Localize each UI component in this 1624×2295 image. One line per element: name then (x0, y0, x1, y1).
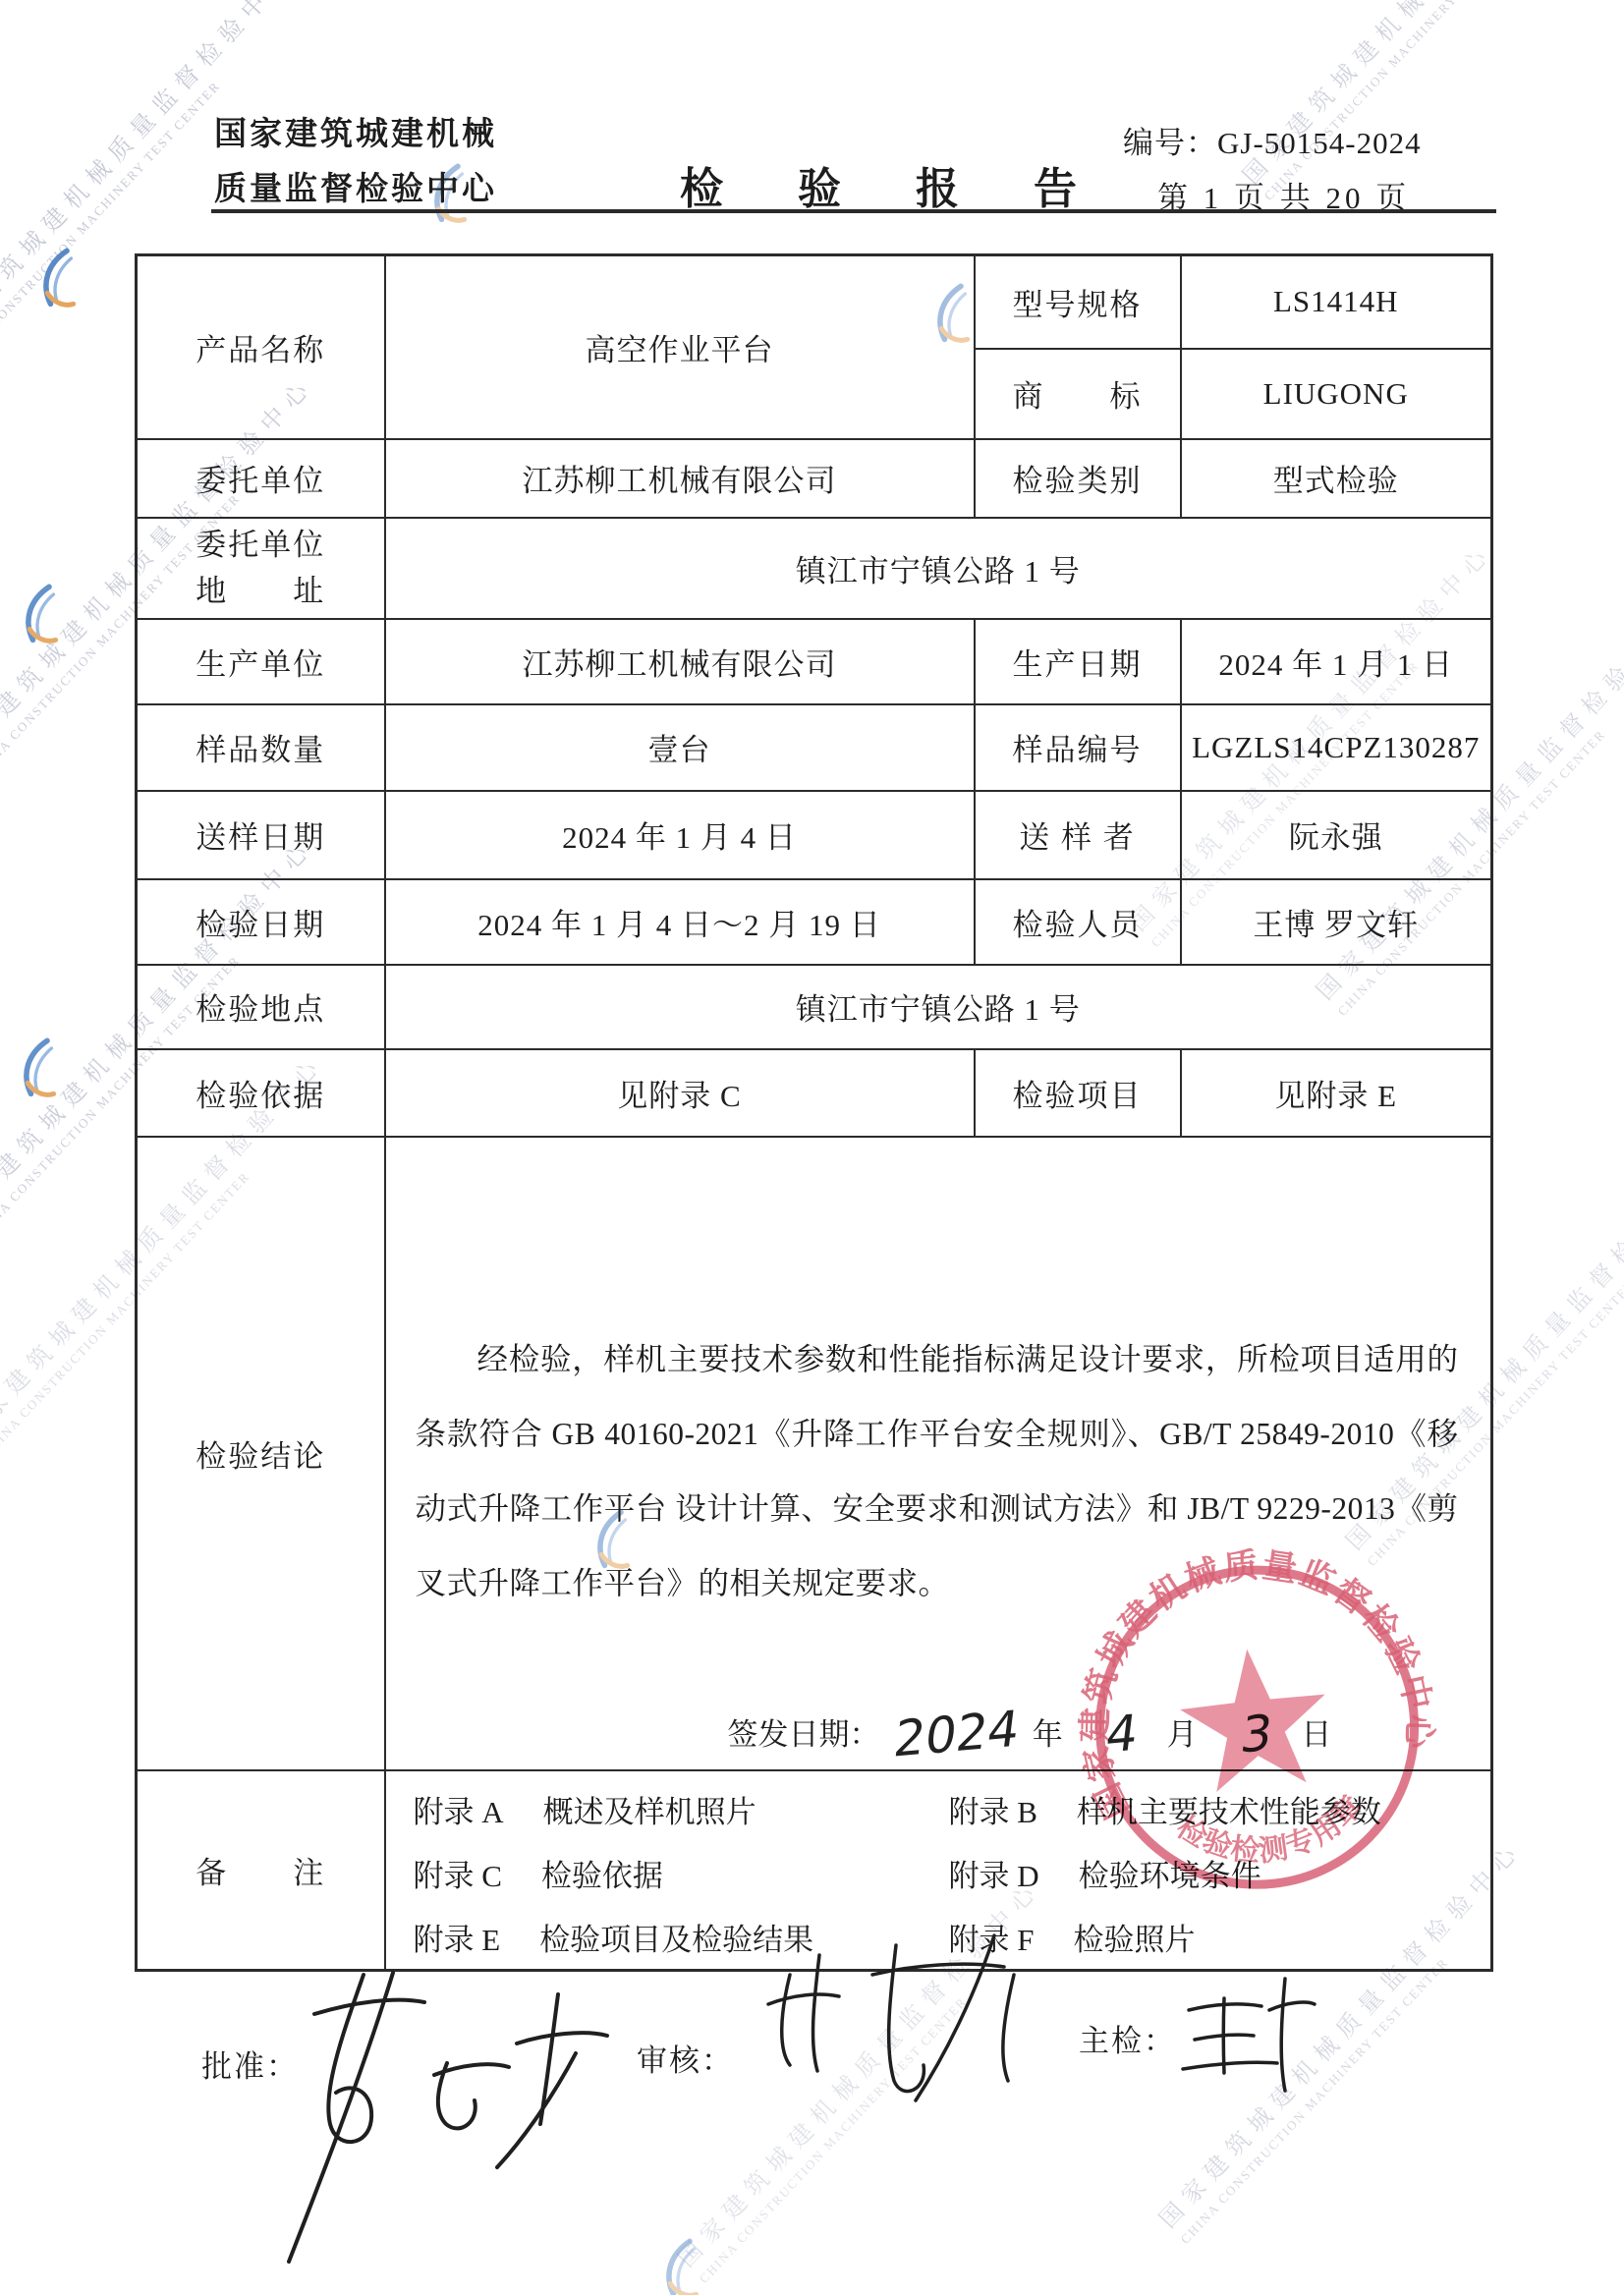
sign-date-label: 签发日期： (728, 1717, 880, 1752)
table-row: 检验依据 见附录 C 检验项目 见附录 E (137, 1049, 1492, 1137)
approver-signature (246, 1937, 639, 2281)
report-number-label: 编号： (1123, 126, 1217, 160)
center-logo-icon (33, 248, 79, 310)
list-item: 附录 C检验依据 (414, 1851, 949, 1895)
production-date-label: 生产日期 (975, 619, 1181, 704)
items-value: 见附录 E (1181, 1049, 1492, 1137)
sample-no-value: LGZLS14CPZ130287 (1181, 704, 1492, 791)
inspectors-label: 检验人员 (975, 879, 1181, 965)
list-item: 附录 A概述及样机照片 (414, 1787, 949, 1831)
inspection-date-value: 2024 年 1 月 4 日～2 月 19 日 (385, 879, 975, 965)
product-name-label: 产品名称 (137, 255, 385, 439)
table-row: 产品名称 高空作业平台 型号规格 LS1414H (137, 255, 1492, 349)
conclusion-label: 检验结论 (137, 1137, 385, 1770)
production-date-value: 2024 年 1 月 1 日 (1181, 619, 1492, 704)
manufacturer-label: 生产单位 (137, 619, 385, 704)
client-value: 江苏柳工机械有限公司 (385, 439, 975, 518)
model-value: LS1414H (1181, 255, 1492, 349)
chief-inspector-signature (1171, 1967, 1318, 2095)
basis-value: 见附录 C (385, 1049, 975, 1137)
official-red-stamp: 国家建筑城建机械质量监督检验中心 检验检测专用章 (1058, 1531, 1460, 1932)
inspectors-value: 王博 罗文轩 (1181, 879, 1492, 965)
location-label: 检验地点 (137, 965, 385, 1049)
trademark-value: LIUGONG (1181, 349, 1492, 439)
client-address-value: 镇江市宁镇公路 1 号 (385, 518, 1492, 619)
page-title: 检 验 报 告 (680, 153, 1092, 216)
reviewer-signature (747, 1918, 1041, 2104)
sample-no-label: 样品编号 (975, 704, 1181, 791)
trademark-label: 商 标 (975, 349, 1181, 439)
table-row: 委托单位 地 址 镇江市宁镇公路 1 号 (137, 518, 1492, 619)
table-row: 检验地点 镇江市宁镇公路 1 号 (137, 965, 1492, 1049)
client-address-label: 委托单位 地 址 (137, 518, 385, 619)
sign-year-handwritten: 2024 (890, 1700, 1022, 1768)
table-row: 生产单位 江苏柳工机械有限公司 生产日期 2024 年 1 月 1 日 (137, 619, 1492, 704)
delivery-date-label: 送样日期 (137, 791, 385, 879)
items-label: 检验项目 (975, 1049, 1181, 1137)
org-name-line2: 质量监督检验中心 (214, 163, 497, 209)
chief-label: 主检： (1079, 2016, 1176, 2060)
report-number-value: GJ-50154-2024 (1217, 126, 1422, 160)
inspection-type-label: 检验类别 (975, 439, 1181, 518)
deliverer-value: 阮永强 (1181, 791, 1492, 879)
scanned-inspection-report-page: 国家建筑城建机械质量监督检验中心 CHINA CONSTRUCTION MACH… (0, 0, 1624, 2295)
table-row: 检验日期 2024 年 1 月 4 日～2 月 19 日 检验人员 王博 罗文轩 (137, 879, 1492, 965)
center-logo-icon (656, 2238, 701, 2295)
deliverer-label: 送 样 者 (975, 791, 1181, 879)
inspection-date-label: 检验日期 (137, 879, 385, 965)
inspection-type-value: 型式检验 (1181, 439, 1492, 518)
basis-label: 检验依据 (137, 1049, 385, 1137)
table-row: 样品数量 壹台 样品编号 LGZLS14CPZ130287 (137, 704, 1492, 791)
sample-qty-value: 壹台 (385, 704, 975, 791)
header-rule (211, 209, 1496, 213)
sample-qty-label: 样品数量 (137, 704, 385, 791)
table-row: 委托单位 江苏柳工机械有限公司 检验类别 型式检验 (137, 439, 1492, 518)
client-label: 委托单位 (137, 439, 385, 518)
report-number: 编号：GJ-50154-2024 (1123, 118, 1422, 162)
delivery-date-value: 2024 年 1 月 4 日 (385, 791, 975, 879)
center-logo-icon (14, 1037, 59, 1100)
table-row: 送样日期 2024 年 1 月 4 日 送 样 者 阮永强 (137, 791, 1492, 879)
org-name-line1: 国家建筑城建机械 (214, 108, 497, 154)
location-value: 镇江市宁镇公路 1 号 (385, 965, 1492, 1049)
product-name-value: 高空作业平台 (385, 255, 975, 439)
model-label: 型号规格 (975, 255, 1181, 349)
review-label: 审核： (637, 2036, 734, 2080)
stamp-star-icon (1174, 1642, 1333, 1795)
center-logo-icon (16, 584, 61, 646)
manufacturer-value: 江苏柳工机械有限公司 (385, 619, 975, 704)
